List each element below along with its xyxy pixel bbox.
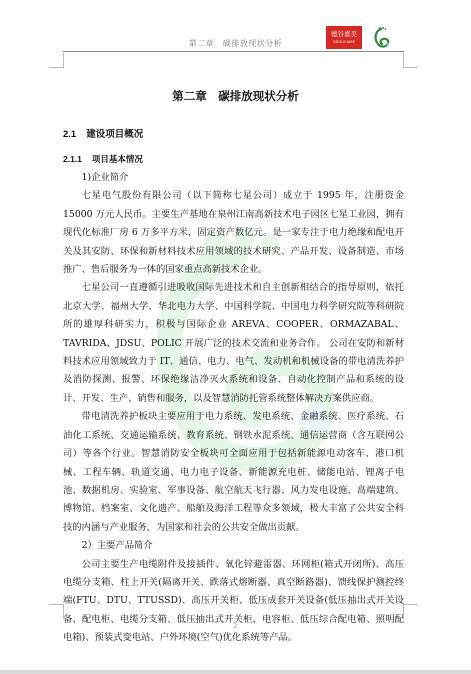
margin-mark-top-left <box>49 53 64 68</box>
subsection-heading: 2.1.1项目基本情况 <box>63 153 143 165</box>
paragraph-products-heading: 2）主要产品简介 <box>63 537 404 555</box>
subsection-title: 项目基本情况 <box>92 155 143 165</box>
brand-badge: 德谷嘉美 GEGUCAME <box>326 26 362 49</box>
footprint-leaf-logo-icon <box>370 26 392 50</box>
paragraph-business-segments: 带电清洗养护板块主要应用于电力系统、发电系统、金融系统、医疗系统、石油化工系统、… <box>63 408 404 537</box>
brand-name-cn: 德谷嘉美 <box>326 26 362 39</box>
section-number: 2.1 <box>63 129 76 140</box>
body-text: 1)企业简介 七星电气股份有限公司（以下简称七星公司）成立于 1995 年，注册… <box>63 169 404 648</box>
brand-name-en: GEGUCAME <box>326 39 362 45</box>
page-bottom-edge <box>0 670 471 674</box>
running-header-title: 第二章 碳排放现状分析 <box>0 38 471 49</box>
section-heading: 2.1建设项目概况 <box>63 126 143 140</box>
paragraph-company-intro-heading: 1)企业简介 <box>63 169 404 187</box>
paragraph-rd-cooperation: 七星公司一直遵循引进吸收国际先进技术和自主创新相结合的指导原则，依托北京大学、福… <box>63 279 404 408</box>
margin-mark-top-right <box>403 53 418 68</box>
subsection-number: 2.1.1 <box>63 154 82 164</box>
margin-mark-bottom-right <box>403 604 418 619</box>
paragraph-company-overview: 七星电气股份有限公司（以下简称七星公司）成立于 1995 年，注册资金 1500… <box>63 187 404 279</box>
document-page: 第二章 碳排放现状分析 德谷嘉美 GEGUCAME 第二章 碳排放现状分析 2.… <box>0 0 471 674</box>
margin-mark-bottom-left <box>49 604 64 619</box>
header-divider <box>63 51 404 52</box>
paragraph-products-list: 公司主要生产电缆附件及接插件、氧化锌避雷器、环网柜(箱式开闭所)、高压电缆分支箱… <box>63 556 404 648</box>
page-number: 2 <box>0 623 471 630</box>
chapter-title: 第二章 碳排放现状分析 <box>0 88 471 104</box>
section-title: 建设项目概况 <box>86 129 143 140</box>
